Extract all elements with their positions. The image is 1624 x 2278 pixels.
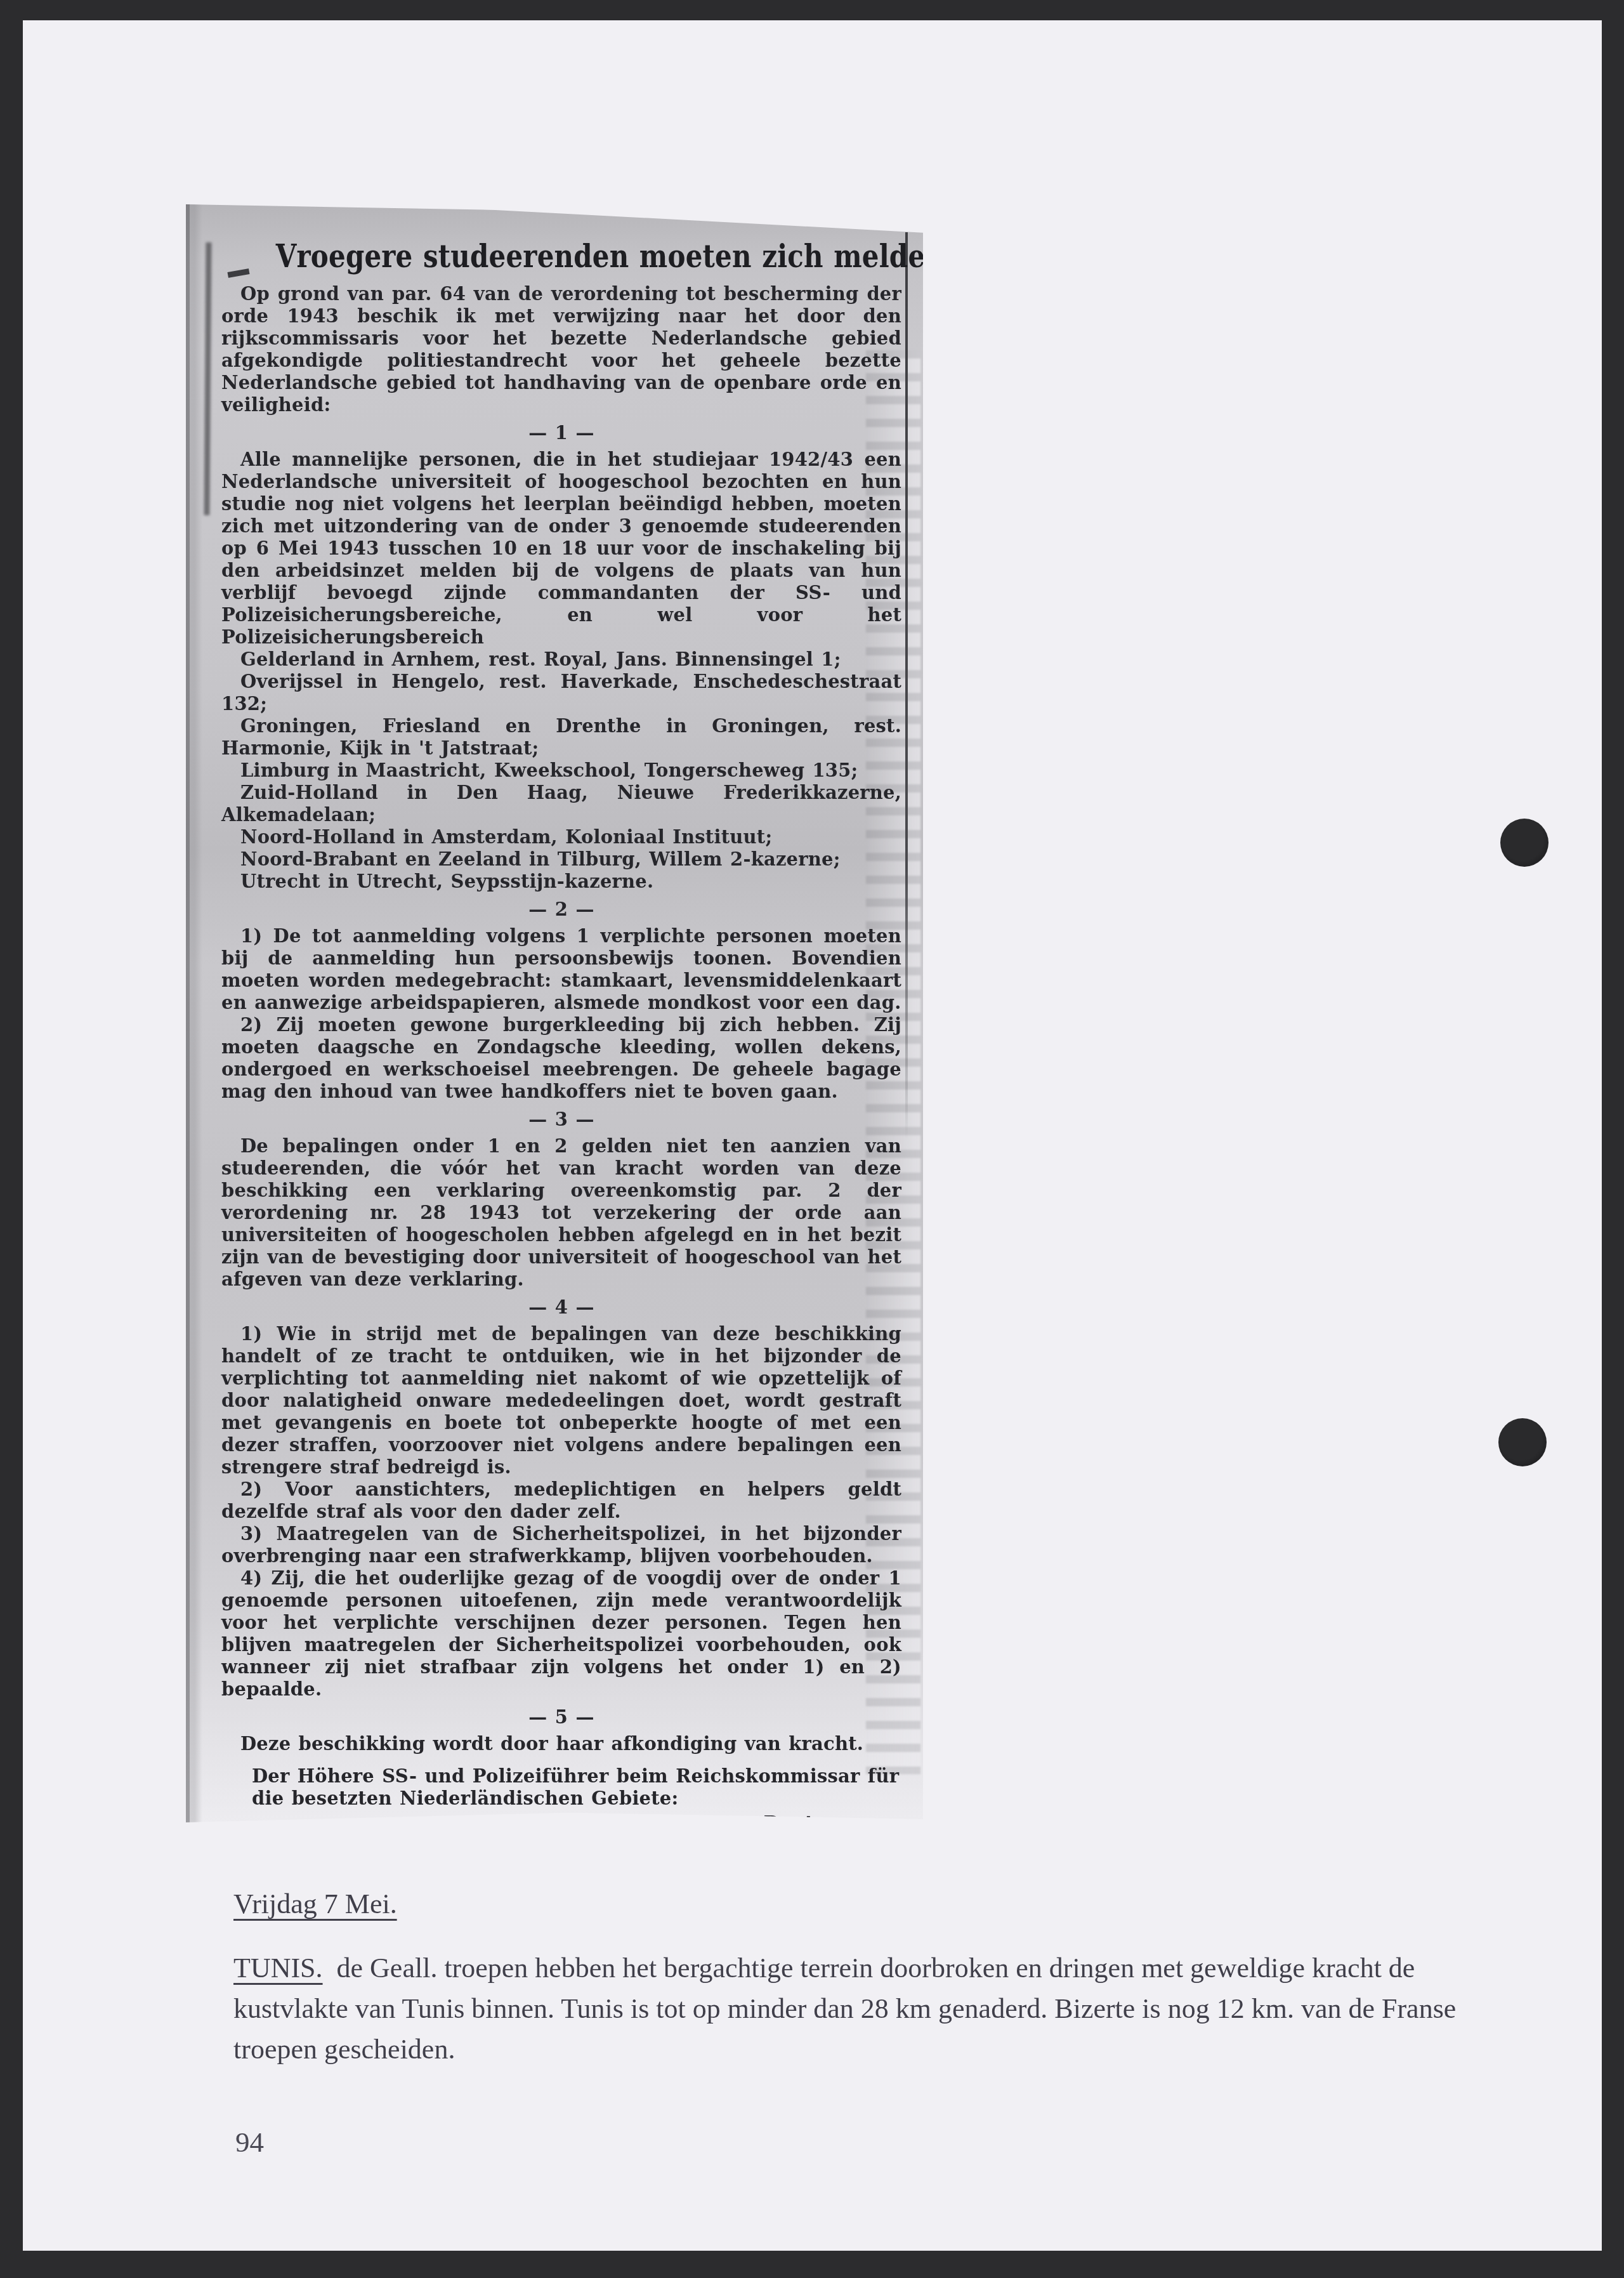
section3-paragraph: De bepalingen onder 1 en 2 gelden niet t… (221, 1135, 901, 1291)
section5-paragraph: Deze beschikking wordt door haar afkondi… (221, 1733, 901, 1755)
newspaper-clipping: Vroegere studeerenden moeten zich melden… (186, 204, 923, 1822)
clipping-intro-paragraph: Op grond van par. 64 van de verordening … (221, 283, 901, 416)
address-line: Groningen, Friesland en Drenthe in Groni… (221, 715, 901, 760)
section4-paragraph: 3) Maatregelen van de Sicherheitspolizei… (221, 1523, 901, 1567)
address-line: Noord-Holland in Amsterdam, Koloniaal In… (221, 826, 901, 848)
section4-paragraph: 1) Wie in strijd met de bepalingen van d… (221, 1323, 901, 1478)
address-line: Utrecht in Utrecht, Seypsstijn-kazerne. (221, 871, 901, 893)
section4-paragraph: 2) Voor aanstichters, medeplichtigen en … (221, 1478, 901, 1523)
hole-punch-bottom (1498, 1418, 1547, 1466)
clipping-headline: Vroegere studeerenden moeten zich melden… (276, 239, 847, 274)
entry-text: de Geall. troepen hebben het bergachtige… (233, 1952, 1456, 2065)
section2-paragraph: 1) De tot aanmelding volgens 1 verplicht… (221, 925, 901, 1014)
section2-paragraph: 2) Zij moeten gewone burgerkleeding bij … (221, 1014, 901, 1103)
clipping-text-column: Vroegere studeerenden moeten zich melden… (186, 204, 923, 1822)
page-number: 94 (235, 2126, 264, 2159)
address-line: Limburg in Maastricht, Kweekschool, Tong… (221, 760, 901, 782)
signature-name: Rauter, (221, 1812, 841, 1834)
date-heading: Vrijdag 7 Mei. (233, 1888, 397, 1920)
signature-issuer: Der Höhere SS- und Polizeiführer beim Re… (252, 1765, 901, 1810)
address-line: Gelderland in Arnhem, rest. Royal, Jans.… (221, 649, 901, 671)
hole-punch-top (1500, 819, 1549, 867)
section1-paragraph: Alle mannelijke personen, die in het stu… (221, 449, 901, 649)
section-marker-3: — 3 — (221, 1109, 901, 1131)
address-line: Overijssel in Hengelo, rest. Haverkade, … (221, 671, 901, 715)
section4-paragraph: 4) Zij, die het ouderlijke gezag of de v… (221, 1567, 901, 1701)
address-line: Noord-Brabant en Zeeland in Tilburg, Wil… (221, 848, 901, 871)
diary-entry: TUNIS.de Geall. troepen hebben het berga… (233, 1948, 1461, 2070)
section-marker-2: — 2 — (221, 899, 901, 921)
section-marker-1: — 1 — (221, 422, 901, 444)
section-marker-4: — 4 — (221, 1296, 901, 1319)
entry-title: TUNIS. (233, 1952, 323, 1984)
address-line: Zuid-Holland in Den Haag, Nieuwe Frederi… (221, 782, 901, 826)
signature-title: SS-Gruppenführer und Generalleutnant der… (221, 1836, 901, 1858)
scanned-page: Vroegere studeerenden moeten zich melden… (23, 20, 1602, 2251)
section-marker-5: — 5 — (221, 1706, 901, 1728)
